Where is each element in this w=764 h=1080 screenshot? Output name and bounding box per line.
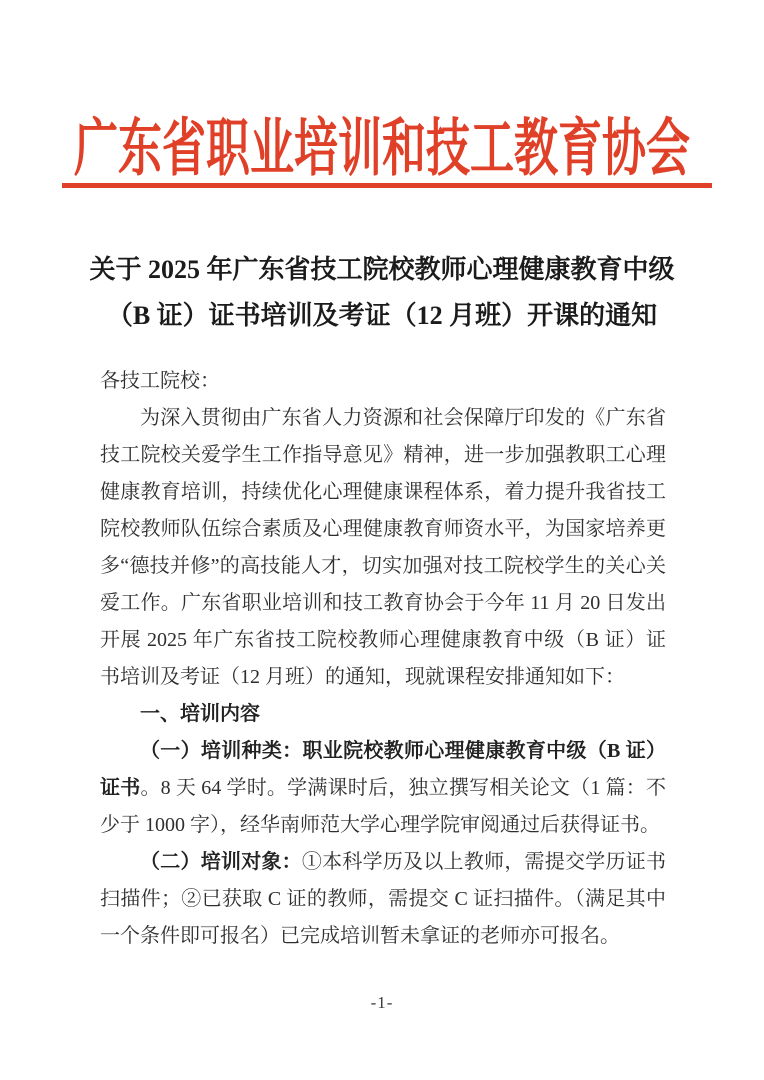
document-title-line2: （B 证）证书培训及考证（12 月班）开课的通知 [50, 293, 714, 339]
letterhead-divider-rule [62, 183, 712, 188]
document-title-line1: 关于 2025 年广东省技工院校教师心理健康教育中级 [50, 247, 714, 293]
salutation: 各技工院校： [100, 363, 666, 400]
letterhead-org-name: 广东省职业培训和技工教育协会 [0, 97, 764, 188]
page-number: -1- [0, 993, 764, 1013]
intro-paragraph: 为深入贯彻由广东省人力资源和社会保障厅印发的《广东省技工院校关爱学生工作指导意见… [100, 400, 666, 696]
section-heading-training-content: 一、培训内容 [100, 696, 666, 733]
item-training-target-lead: （二）培训对象： [140, 851, 302, 873]
item-training-type: （一）培训种类：职业院校教师心理健康教育中级（B 证）证书。8 天 64 学时。… [100, 733, 666, 844]
item-training-target: （二）培训对象：①本科学历及以上教师，需提交学历证书扫描件；②已获取 C 证的教… [100, 844, 666, 955]
document-title: 关于 2025 年广东省技工院校教师心理健康教育中级 （B 证）证书培训及考证（… [50, 247, 714, 339]
item-training-type-lead: （一）培训种类： [140, 740, 302, 762]
document-body: 各技工院校： 为深入贯彻由广东省人力资源和社会保障厅印发的《广东省技工院校关爱学… [100, 363, 666, 955]
item-training-type-rest: 。8 天 64 学时。学满课时后，独立撰写相关论文（1 篇：不少于 1000 字… [100, 777, 666, 836]
scanned-notice-page: 广东省职业培训和技工教育协会 关于 2025 年广东省技工院校教师心理健康教育中… [0, 0, 764, 1080]
